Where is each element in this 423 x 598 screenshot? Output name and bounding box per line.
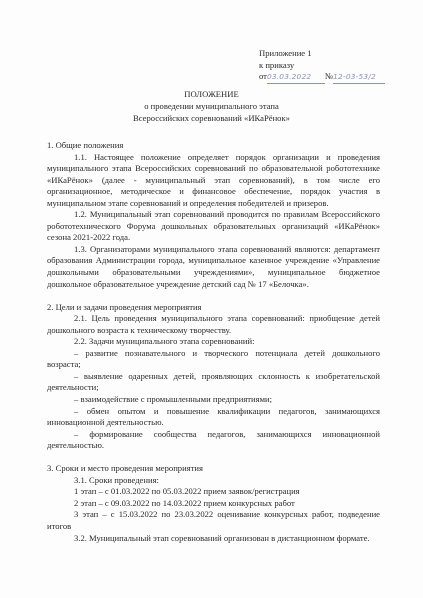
task-item: – формирование сообщества педагогов, зан… [47, 429, 380, 452]
document-page: Приложение 1 к приказу от03.03.2022№12-0… [0, 0, 423, 598]
task-item: – выявление одаренных детей, проявляющих… [47, 371, 380, 394]
order-reference: от03.03.2022№12-03-53/2 [259, 71, 385, 84]
paragraph-2-1: 2.1. Цель проведения муниципального этап… [47, 313, 380, 336]
document-title: ПОЛОЖЕНИЕ о проведении муниципального эт… [0, 89, 423, 124]
paragraph-1-1: 1.1. Настоящее положение определяет поря… [47, 152, 380, 210]
paragraph-2-2: 2.2. Задачи муниципального этапа соревно… [47, 336, 380, 348]
paragraph-3-1: 3.1. Сроки проведения: [47, 475, 380, 487]
title-line-1: ПОЛОЖЕНИЕ [0, 89, 423, 101]
section-3-heading: 3. Сроки и место проведения мероприятия [47, 463, 380, 475]
task-item: – обмен опытом и повышение квалификации … [47, 406, 380, 429]
paragraph-3-2: 3.2. Муниципальный этап соревнований орг… [47, 533, 380, 545]
handwritten-date: 03.03.2022 [267, 71, 325, 84]
task-item: – развитие познавательного и творческого… [47, 348, 380, 371]
document-body: 1. Общие положения 1.1. Настоящее положе… [47, 140, 380, 544]
section-1-heading: 1. Общие положения [47, 140, 380, 152]
from-label: от [259, 71, 267, 81]
stage-item: 1 этап – с 01.03.2022 по 05.03.2022 прие… [47, 486, 380, 498]
annex-line-2: к приказу [259, 60, 385, 72]
title-line-2: о проведении муниципального этапа [0, 101, 423, 113]
paragraph-1-3: 1.3. Организаторами муниципального этапа… [47, 244, 380, 290]
handwritten-number: 12-03-53/2 [333, 71, 385, 84]
annex-reference: Приложение 1 к приказу от03.03.2022№12-0… [259, 48, 385, 84]
stage-item: 2 этап – с 09.03.2022 по 14.03.2022 прие… [47, 498, 380, 510]
stage-item: 3 этап – с 15.03.2022 по 23.03.2022 оцен… [47, 509, 380, 532]
title-line-3: Всероссийских соревнований «ИКаРёнок» [0, 113, 423, 125]
section-2-heading: 2. Цели и задачи проведения мероприятия [47, 302, 380, 314]
paragraph-1-2: 1.2. Муниципальный этап соревнований про… [47, 209, 380, 244]
task-item: – взаимодействие с промышленными предпри… [47, 394, 380, 406]
number-label: № [325, 71, 333, 81]
annex-line-1: Приложение 1 [259, 48, 385, 60]
